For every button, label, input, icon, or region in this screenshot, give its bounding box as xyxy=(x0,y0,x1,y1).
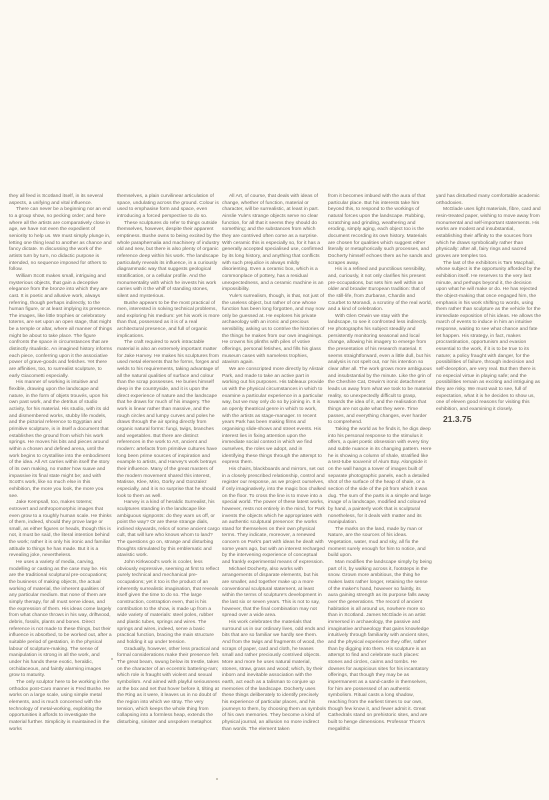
document-page: they all feed is Scotland itself, in its… xyxy=(0,0,549,800)
text-column-1: they all feed is Scotland itself, in its… xyxy=(9,194,113,733)
paragraph: There can never be a beginning nor an en… xyxy=(9,207,113,274)
paragraph: Bushe appears to be the most practical o… xyxy=(117,301,221,341)
paragraph: yard has disturbed many comfortable acad… xyxy=(436,194,542,207)
text-column-2: themselves, a plain curvilinear articula… xyxy=(117,194,221,727)
paragraph: McGlade uses light materials, fibre, car… xyxy=(436,207,542,260)
paragraph: He uses a variety of media, carving, mod… xyxy=(9,560,113,680)
paragraph: All Art, of course, that deals with idea… xyxy=(222,194,326,294)
paragraph: The only sculptor here to be working in … xyxy=(9,680,113,733)
paragraph: His work celebrates the materials that s… xyxy=(222,620,326,733)
paragraph: His is a refined and punctilious sensibi… xyxy=(328,267,432,314)
paragraph: These sculptures do refer to things outs… xyxy=(117,221,221,301)
paragraph: With Glen Onwin we stay with the landsca… xyxy=(328,314,432,427)
paragraph: Taking the world as he finds it, he digs… xyxy=(328,427,432,527)
paragraph: His manner of working is intuitive and f… xyxy=(9,380,113,500)
paragraph: Jake Kempsall, too, makes totems; extrov… xyxy=(9,500,113,560)
text-column-5: yard has disturbed many comfortable acad… xyxy=(436,194,542,424)
paragraph: We are conscripted more directly by Alis… xyxy=(222,367,326,467)
essay-date: 21.3.75 xyxy=(436,414,542,424)
paragraph: John Kirkwood's work is cooler, less obv… xyxy=(117,560,221,647)
paragraph: Man modifies the landscape simply by bei… xyxy=(328,560,432,733)
print-speck xyxy=(216,778,218,780)
paragraph: they all feed is Scotland itself, in its… xyxy=(9,194,113,207)
print-speck xyxy=(111,658,113,660)
paragraph: Michael Docherty, also works with arrang… xyxy=(222,567,326,620)
paragraph: The last of the exhibitors is Tam Macpha… xyxy=(436,261,542,414)
paragraph: The marks on the land, made by man or Na… xyxy=(328,527,432,560)
paragraph: Gradually, however, other less practical… xyxy=(117,647,221,727)
paragraph: from it becomes imbued with the aura of … xyxy=(328,194,432,267)
paragraph: The craft required to work intractable m… xyxy=(117,340,221,500)
paragraph: William Scott makes small, intriguing an… xyxy=(9,274,113,381)
paragraph: Yule's surrealism, though, is that, not … xyxy=(222,294,326,367)
paragraph: Harvey is a kind of heraldic Surrealist,… xyxy=(117,500,221,560)
paragraph: themselves, a plain curvilinear articula… xyxy=(117,194,221,221)
text-column-3: All Art, of course, that deals with idea… xyxy=(222,194,326,733)
paragraph: His chairs, blackboards and mirrors, set… xyxy=(222,467,326,567)
text-column-4: from it becomes imbued with the aura of … xyxy=(328,194,432,733)
